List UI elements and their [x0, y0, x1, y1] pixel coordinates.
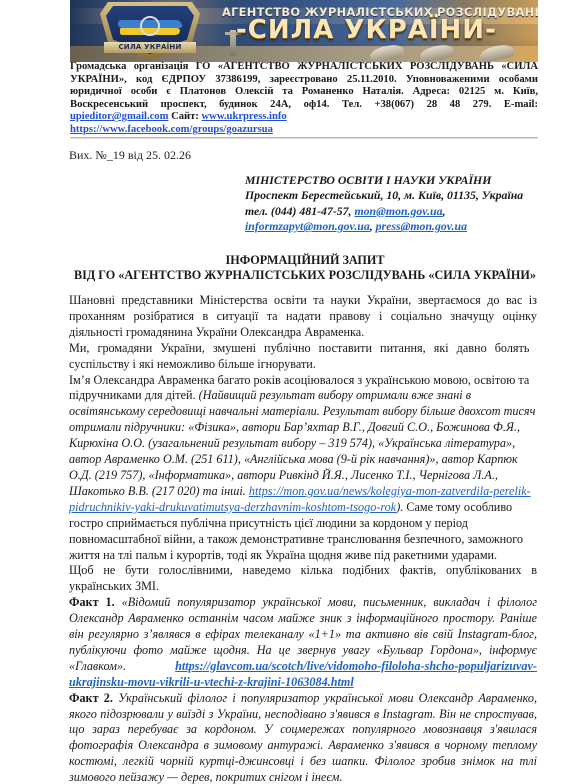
heading-line-1: ІНФОРМАЦІЙНИЙ ЗАПИТ	[60, 253, 550, 268]
textbook-results-quote: (Найвищий результат вибору отримали вже …	[69, 388, 535, 497]
fact-1-label: Факт 1.	[69, 595, 115, 609]
paragraph-appeal: Шановні представники Міністерства освіти…	[69, 293, 537, 341]
emblem-ribbon: СИЛА УКРАЇНИ	[104, 42, 196, 53]
fact-1: Факт 1. «Відомий популяризатор українськ…	[69, 595, 537, 690]
addressee-name: МІНІСТЕРСТВО ОСВІТИ І НАУКИ УКРАЇНИ	[245, 173, 545, 188]
addressee-block: МІНІСТЕРСТВО ОСВІТИ І НАУКИ УКРАЇНИ Прос…	[245, 173, 545, 235]
banner-title: -СИЛА УКРАЇНИ-	[236, 15, 536, 45]
paragraph-reputation: Ім’я Олександра Авраменка багато років а…	[69, 373, 537, 564]
org-email-link[interactable]: upieditor@gmail.com	[70, 111, 168, 122]
addressee-address: Проспект Берестейський, 10, м. Київ, 011…	[245, 188, 545, 203]
crosshair-icon	[140, 16, 160, 36]
organization-details: Громадська організація ГО «АГЕНТСТВО ЖУР…	[70, 61, 538, 137]
addressee-email-informzapyt[interactable]: informzapyt@mon.gov.ua	[245, 219, 370, 233]
addressee-email-mon[interactable]: mon@mon.gov.ua	[354, 204, 442, 218]
agency-banner: СИЛА УКРАЇНИ АГЕНТСТВО ЖУРНАЛІСТСЬКИХ РО…	[70, 0, 538, 62]
org-line-1: Громадська організація ГО «АГЕНТСТВО ЖУР…	[70, 61, 538, 74]
fact-2: Факт 2. Український філолог і популяриза…	[69, 691, 537, 784]
paragraph-facts-intro: Щоб не бути голослівними, наведемо кільк…	[69, 563, 537, 595]
addressee-phone: тел. (044) 481-47-57,	[245, 204, 354, 218]
request-heading: ІНФОРМАЦІЙНИЙ ЗАПИТ ВІД ГО «АГЕНТСТВО ЖУ…	[60, 253, 550, 283]
org-site-label: Сайт:	[171, 111, 199, 122]
outgoing-number: Вих. №_19 від 25. 02.26	[69, 148, 191, 163]
org-site-link[interactable]: www.ukrpress.info	[202, 111, 287, 122]
org-facebook-link[interactable]: https://www.facebook.com/groups/goazursu…	[70, 124, 273, 135]
heading-line-2: ВІД ГО «АГЕНТСТВО ЖУРНАЛІСТСЬКИХ РОЗСЛІД…	[60, 268, 550, 283]
org-text: УКРАЇНИ», код ЄДРПОУ 37386199, зареєстро…	[70, 74, 538, 110]
letter-body: Шановні представники Міністерства освіти…	[69, 293, 537, 784]
fact-2-label: Факт 2.	[69, 691, 113, 705]
paragraph-questions: Ми, громадяни України, змушені публічно …	[69, 341, 537, 373]
addressee-email-press[interactable]: press@mon.gov.ua	[376, 219, 467, 233]
header-divider	[70, 137, 538, 139]
document-page: СИЛА УКРАЇНИ АГЕНТСТВО ЖУРНАЛІСТСЬКИХ РО…	[0, 0, 564, 784]
